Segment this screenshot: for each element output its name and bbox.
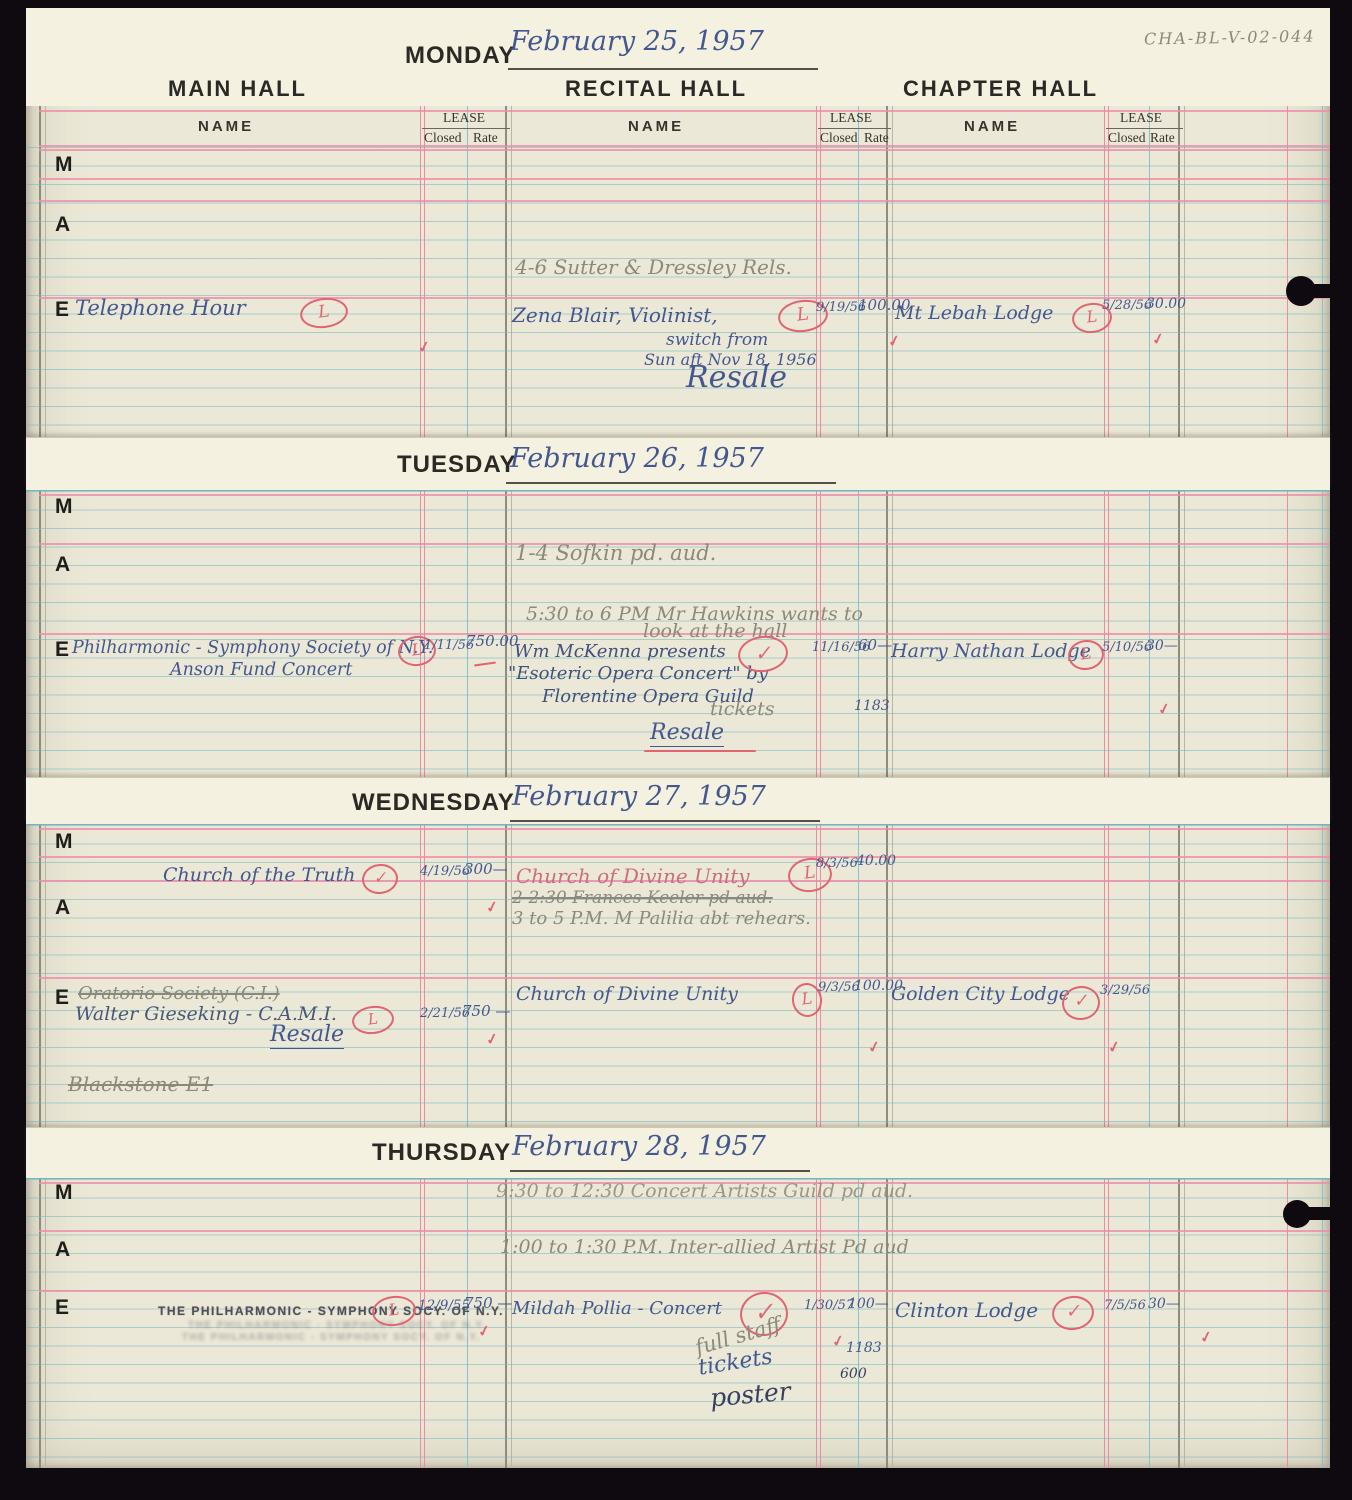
date-underline [508, 68, 818, 70]
col-header-closed-main: Closed [424, 130, 462, 146]
col-header-rate-chapter: Rate [1150, 130, 1175, 146]
entry-name: Harry Nathan Lodge [891, 640, 1091, 662]
lease-rate: 30.00 [1146, 296, 1186, 312]
ghost-stamp: THE PHILHARMONIC - SYMPHONY SOCY. OF N.Y… [182, 1332, 481, 1343]
pink-rule [39, 1290, 1330, 1292]
ledger-paper: MONDAY February 25, 1957 CHA-BL-V-02-044… [26, 8, 1330, 1468]
pink-rule [39, 856, 1330, 858]
lease-rate: 750 — [464, 1294, 512, 1312]
date-wednesday: February 27, 1957 [512, 781, 766, 812]
lease-rate: 100— [848, 1296, 889, 1312]
pink-rule [39, 149, 1330, 151]
col-header-closed-recital: Closed [820, 130, 858, 146]
entry-note: switch from [666, 330, 768, 350]
day-label-tuesday: TUESDAY [397, 451, 516, 479]
lease-closed-date: 4/19/56 [420, 864, 470, 879]
pink-rule [39, 494, 1330, 496]
wednesday-header-band: WEDNESDAY February 27, 1957 [26, 777, 1330, 824]
entry-name-line2: Anson Fund Concert [170, 660, 352, 680]
col-header-name-recital: NAME [628, 118, 684, 135]
lease-closed-date: 3/29/56 [1100, 983, 1150, 998]
date-thursday: February 28, 1957 [512, 1131, 766, 1162]
hall-title-main: MAIN HALL [168, 76, 307, 102]
catalog-number: CHA-BL-V-02-044 [1144, 27, 1316, 49]
entry-name: Church of the Truth [163, 864, 356, 886]
row-label-afternoon: A [55, 1238, 70, 1262]
lease-rate: 750 — [462, 1002, 510, 1020]
struck-entry-note: 2-2:30 Frances Keeler pd aud. [512, 888, 773, 908]
entry-name: Mt Lebah Lodge [895, 302, 1053, 324]
resale-note: Resale [650, 720, 724, 747]
lease-closed-date: 7/5/56 [1104, 1298, 1146, 1313]
col-header-lease-main: LEASE [443, 110, 485, 126]
lease-rate: 300— [464, 860, 508, 878]
amount-note: 600 [840, 1366, 867, 1382]
row-label-morning: M [55, 495, 73, 519]
amount-note: 1183 [854, 698, 890, 714]
col-header-rate-recital: Rate [864, 130, 889, 146]
struck-entry-name: Oratorio Society (C.I.) [78, 983, 280, 1004]
entry-name: Mildah Pollia - Concert [512, 1298, 722, 1319]
col-header-lease-recital: LEASE [830, 110, 872, 126]
entry-name: Zena Blair, Violinist, [512, 303, 718, 327]
amount-note: 1183 [846, 1340, 882, 1356]
entry-name: Wm McKenna presents [514, 641, 726, 662]
day-label-thursday: THURSDAY [372, 1139, 511, 1167]
entry-name: Philharmonic - Symphony Society of N.Y. [72, 638, 433, 658]
entry-name: Clinton Lodge [895, 1298, 1038, 1322]
col-header-lease-chapter: LEASE [1120, 110, 1162, 126]
date-underline [506, 482, 836, 484]
lease-rate: 30— [1146, 638, 1178, 654]
lease-rate: 60— [858, 636, 892, 654]
row-label-afternoon: A [55, 896, 70, 920]
lease-divider [1106, 128, 1183, 129]
pink-rule [39, 1230, 1330, 1232]
col-header-rate-main: Rate [473, 130, 498, 146]
red-underline [644, 750, 756, 752]
row-label-evening: E [55, 986, 69, 1010]
date-underline [510, 1170, 810, 1172]
row-label-evening: E [55, 1296, 69, 1320]
row-label-afternoon: A [55, 213, 70, 237]
lease-rate: 30— [1148, 1296, 1180, 1312]
entry-note: 3 to 5 P.M. M Palilia abt rehears. [512, 908, 811, 929]
entry-name: Church of Divine Unity [516, 983, 738, 1005]
pink-rule [39, 200, 1330, 202]
day-label-wednesday: WEDNESDAY [352, 789, 515, 817]
ghost-stamp: THE PHILHARMONIC - SYMPHONY SOCY. OF N.Y… [188, 1320, 487, 1331]
lease-closed-date: 5/28/56 [1102, 298, 1152, 313]
struck-entry-note: Blackstone E1 [68, 1072, 213, 1096]
resale-note: Resale [270, 1022, 344, 1049]
row-label-morning: M [55, 153, 73, 177]
entry-name-line2: "Esoteric Opera Concert" by [508, 663, 768, 684]
hole-punch-notch [1308, 284, 1330, 298]
pink-rule [39, 828, 1330, 830]
entry-name: Telephone Hour [75, 296, 246, 320]
row-label-evening: E [55, 298, 69, 322]
col-header-name-main: NAME [198, 118, 254, 135]
resale-note: Resale [686, 360, 787, 395]
entry-note: 1-4 Sofkin pd. aud. [515, 541, 716, 565]
lease-divider [818, 128, 891, 129]
entry-note: 1:00 to 1:30 P.M. Inter-allied Artist Pd… [500, 1236, 909, 1258]
lease-closed-date: 8/3/56 [816, 856, 858, 871]
hall-title-recital: RECITAL HALL [565, 76, 747, 102]
lease-closed-date: 5/10/56 [1102, 640, 1152, 655]
pink-rule [39, 178, 1330, 180]
col-header-closed-chapter: Closed [1108, 130, 1146, 146]
row-label-morning: M [55, 830, 73, 854]
entry-note: 9:30 to 12:30 Concert Artists Guild pd a… [496, 1180, 913, 1202]
entry-name: Church of Divine Unity [516, 864, 750, 888]
lease-closed-date: 1/30/57 [804, 1298, 854, 1313]
monday-header-band: MONDAY February 25, 1957 CHA-BL-V-02-044… [26, 8, 1330, 106]
monday-ruling [26, 147, 1330, 438]
lease-rate: 40.00 [856, 853, 896, 869]
day-label-monday: MONDAY [405, 42, 515, 70]
entry-note: 4-6 Sutter & Dressley Rels. [515, 255, 792, 279]
entry-name: Golden City Lodge [891, 983, 1070, 1005]
scanned-ledger-page: { "catalog_number": "CHA-BL-V-02-044", "… [0, 0, 1352, 1500]
row-label-morning: M [55, 1181, 73, 1205]
col-header-name-chapter: NAME [964, 118, 1020, 135]
row-label-evening: E [55, 638, 69, 662]
row-label-afternoon: A [55, 553, 70, 577]
lease-rate: 750.00 [466, 632, 519, 650]
hole-punch-notch [1304, 1207, 1330, 1220]
date-underline [510, 820, 820, 822]
date-monday: February 25, 1957 [510, 26, 764, 57]
hall-title-chapter: CHAPTER HALL [903, 76, 1098, 102]
lease-divider [422, 128, 510, 129]
entry-note: tickets [710, 698, 775, 720]
lease-closed-date: 12/9/55 [418, 1298, 470, 1314]
date-tuesday: February 26, 1957 [510, 443, 764, 474]
pink-rule [39, 977, 1330, 979]
